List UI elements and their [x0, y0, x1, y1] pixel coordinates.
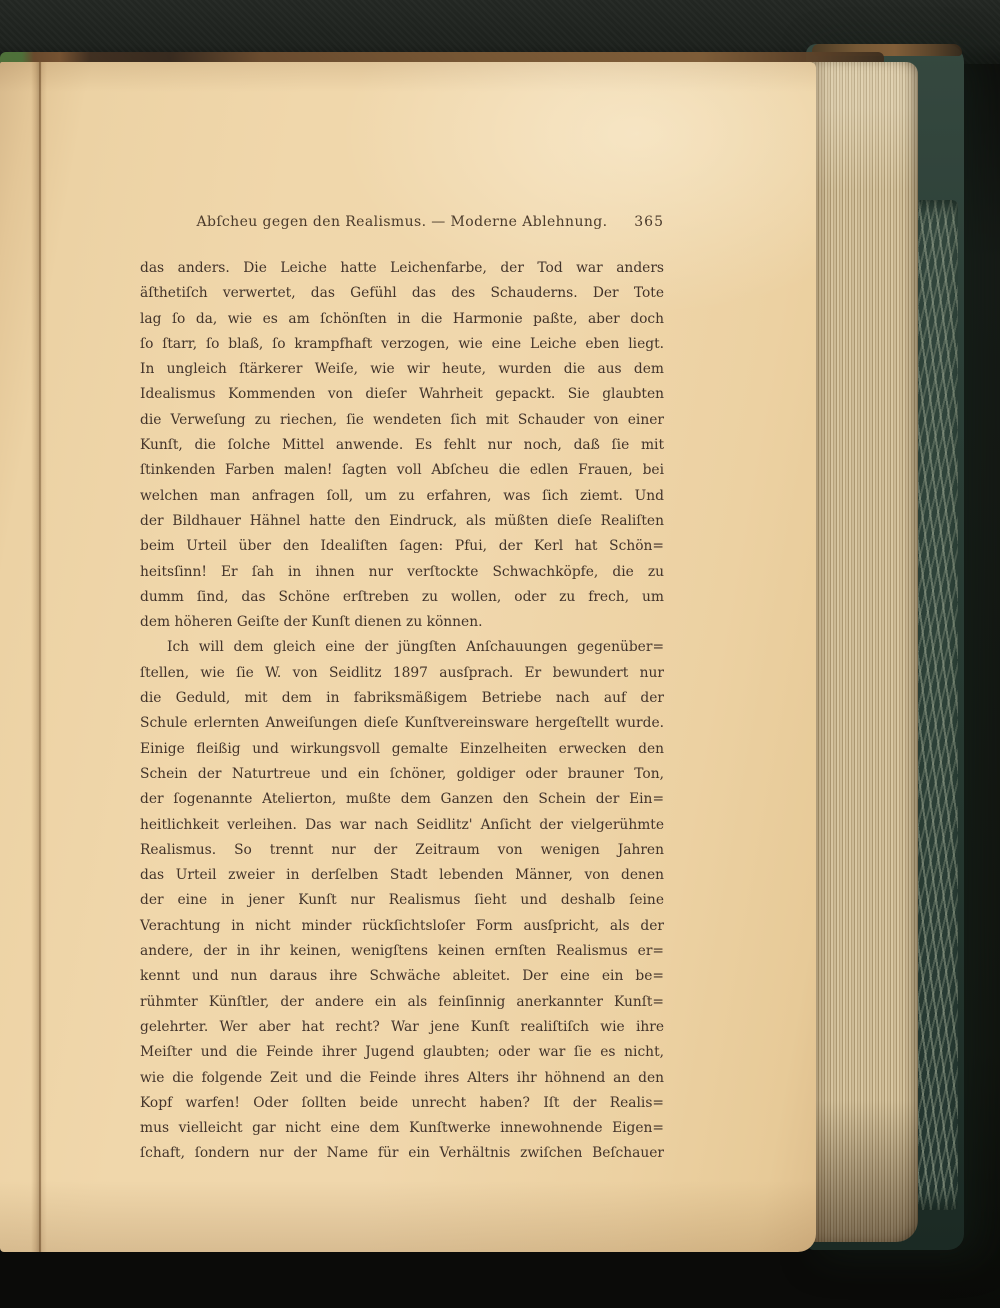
- text-line: heitsſinn! Er ſah in ihnen nur verſtockt…: [140, 560, 664, 585]
- text-line: die Geduld, mit dem in fabriksmäßigem Be…: [140, 686, 664, 711]
- text-line: mus vielleicht gar nicht eine dem Kunſtw…: [140, 1116, 664, 1141]
- text-line: rühmter Künſtler, der andere ein als fei…: [140, 990, 664, 1015]
- text-line: welchen man anfragen ſoll, um zu erfahre…: [140, 484, 664, 509]
- text-block: Abſcheu gegen den Realismus. — Moderne A…: [140, 214, 664, 1167]
- text-line: Kunſt, die ſolche Mittel anwende. Es feh…: [140, 433, 664, 458]
- book-photo: Abſcheu gegen den Realismus. — Moderne A…: [0, 0, 1000, 1308]
- text-line: ſo ſtarr, ſo blaß, ſo krampfhaft verzoge…: [140, 332, 664, 357]
- text-line: äſthetiſch verwertet, das Gefühl das des…: [140, 281, 664, 306]
- text-line: andere, der in ihr keinen, wenigſtens ke…: [140, 939, 664, 964]
- text-line: Kopf warfen! Oder ſollten beide unrecht …: [140, 1091, 664, 1116]
- text-line: Ich will dem gleich eine der jüngſten An…: [140, 635, 664, 660]
- text-line: ſchaft, ſondern nur der Name für ein Ver…: [140, 1141, 664, 1166]
- text-line: Einige fleißig und wirkungsvoll gemalte …: [140, 737, 664, 762]
- text-line: beim Urteil über den Idealiſten ſagen: P…: [140, 534, 664, 559]
- text-line: heitlichkeit verleihen. Das war nach Sei…: [140, 813, 664, 838]
- text-line: der ſogenannte Atelierton, mußte dem Gan…: [140, 787, 664, 812]
- book-cover-embossed-pattern: [914, 200, 958, 1210]
- running-title: Abſcheu gegen den Realismus. — Moderne A…: [188, 214, 616, 230]
- book-page: Abſcheu gegen den Realismus. — Moderne A…: [0, 62, 816, 1252]
- text-line: lag ſo da, wie es am ſchönſten in die Ha…: [140, 307, 664, 332]
- gutter-crease: [31, 62, 47, 1252]
- text-line: dumm ſind, das Schöne erſtreben zu wolle…: [140, 585, 664, 610]
- body-text: das anders. Die Leiche hatte Leichenfarb…: [140, 256, 664, 1167]
- text-line: der eine in jener Kunſt nur Realismus ſi…: [140, 888, 664, 913]
- text-line: die Verweſung zu riechen, ſie wendeten ſ…: [140, 408, 664, 433]
- text-line: Schein der Naturtreue und ein ſchöner, g…: [140, 762, 664, 787]
- text-line: wie die folgende Zeit und die Feinde ihr…: [140, 1066, 664, 1091]
- text-line: kennt und nun daraus ihre Schwäche ablei…: [140, 964, 664, 989]
- text-line: Meiſter und die Feinde ihrer Jugend glau…: [140, 1040, 664, 1065]
- text-line: In ungleich ſtärkerer Weiſe, wie wir heu…: [140, 357, 664, 382]
- text-line: das Urteil zweier in derſelben Stadt leb…: [140, 863, 664, 888]
- text-line: das anders. Die Leiche hatte Leichenfarb…: [140, 256, 664, 281]
- text-line: Verachtung in nicht minder rückſichtsloſ…: [140, 914, 664, 939]
- text-line: Schule erlernten Anweiſungen dieſe Kunſt…: [140, 711, 664, 736]
- text-line: gelehrter. Wer aber hat recht? War jene …: [140, 1015, 664, 1040]
- text-line: ſtellen, wie ſie W. von Seidlitz 1897 au…: [140, 661, 664, 686]
- page-header: Abſcheu gegen den Realismus. — Moderne A…: [140, 214, 664, 230]
- page-stack-fore-edge: [810, 62, 918, 1242]
- page-number: 365: [616, 214, 664, 230]
- text-line: Realismus. So trennt nur der Zeitraum vo…: [140, 838, 664, 863]
- text-line: der Bildhauer Hähnel hatte den Eindruck,…: [140, 509, 664, 534]
- text-line: Idealismus Kommenden von dieſer Wahrheit…: [140, 382, 664, 407]
- text-line: ſtinkenden Farben malen! ſagten voll Abſ…: [140, 458, 664, 483]
- text-line: dem höheren Geiſte der Kunſt dienen zu k…: [140, 610, 664, 635]
